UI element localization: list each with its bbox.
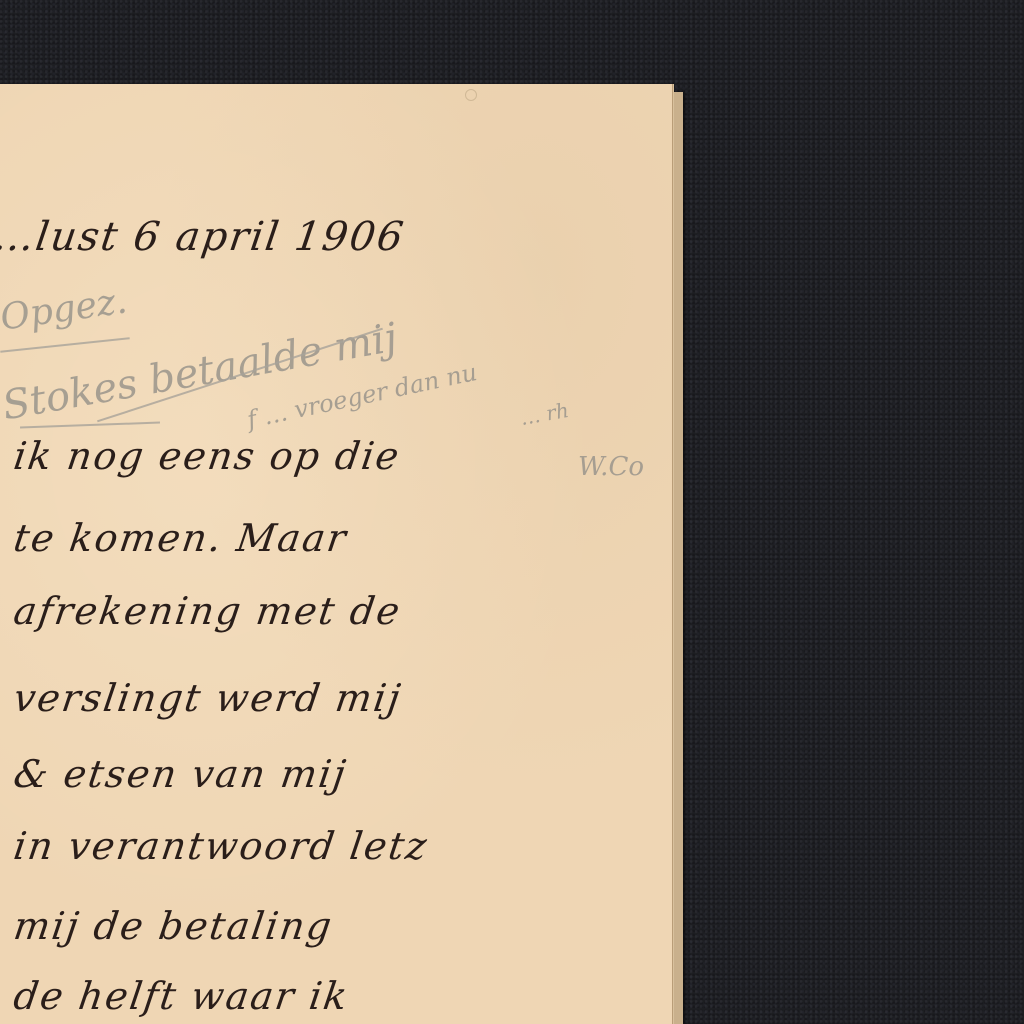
pencil-strikethrough-1: [0, 337, 129, 353]
pencil-margin-mark: W.Co: [578, 452, 644, 482]
body-line-3: … afrekening met de: [0, 589, 404, 633]
pencil-annotation-opgez: Opgez.: [0, 280, 130, 338]
body-line-6: … in verantwoord letz: [0, 824, 431, 868]
body-line-7: … mij de betaling: [0, 904, 336, 948]
body-line-4: … verslingt werd mij: [0, 676, 405, 720]
body-line-1: … ik nog eens op die: [0, 434, 403, 478]
body-line-8: … de helft waar ik: [0, 974, 352, 1018]
body-line-2: … te komen. Maar: [0, 516, 350, 560]
letter-page: …lust 6 april 1906 Opgez. Stokes betaald…: [0, 84, 673, 1024]
date-line: …lust 6 april 1906: [0, 214, 408, 260]
paper-blemish: [465, 89, 477, 101]
body-line-5: … & etsen van mij: [0, 752, 350, 796]
pencil-annotation-rh: … rh: [518, 398, 570, 430]
